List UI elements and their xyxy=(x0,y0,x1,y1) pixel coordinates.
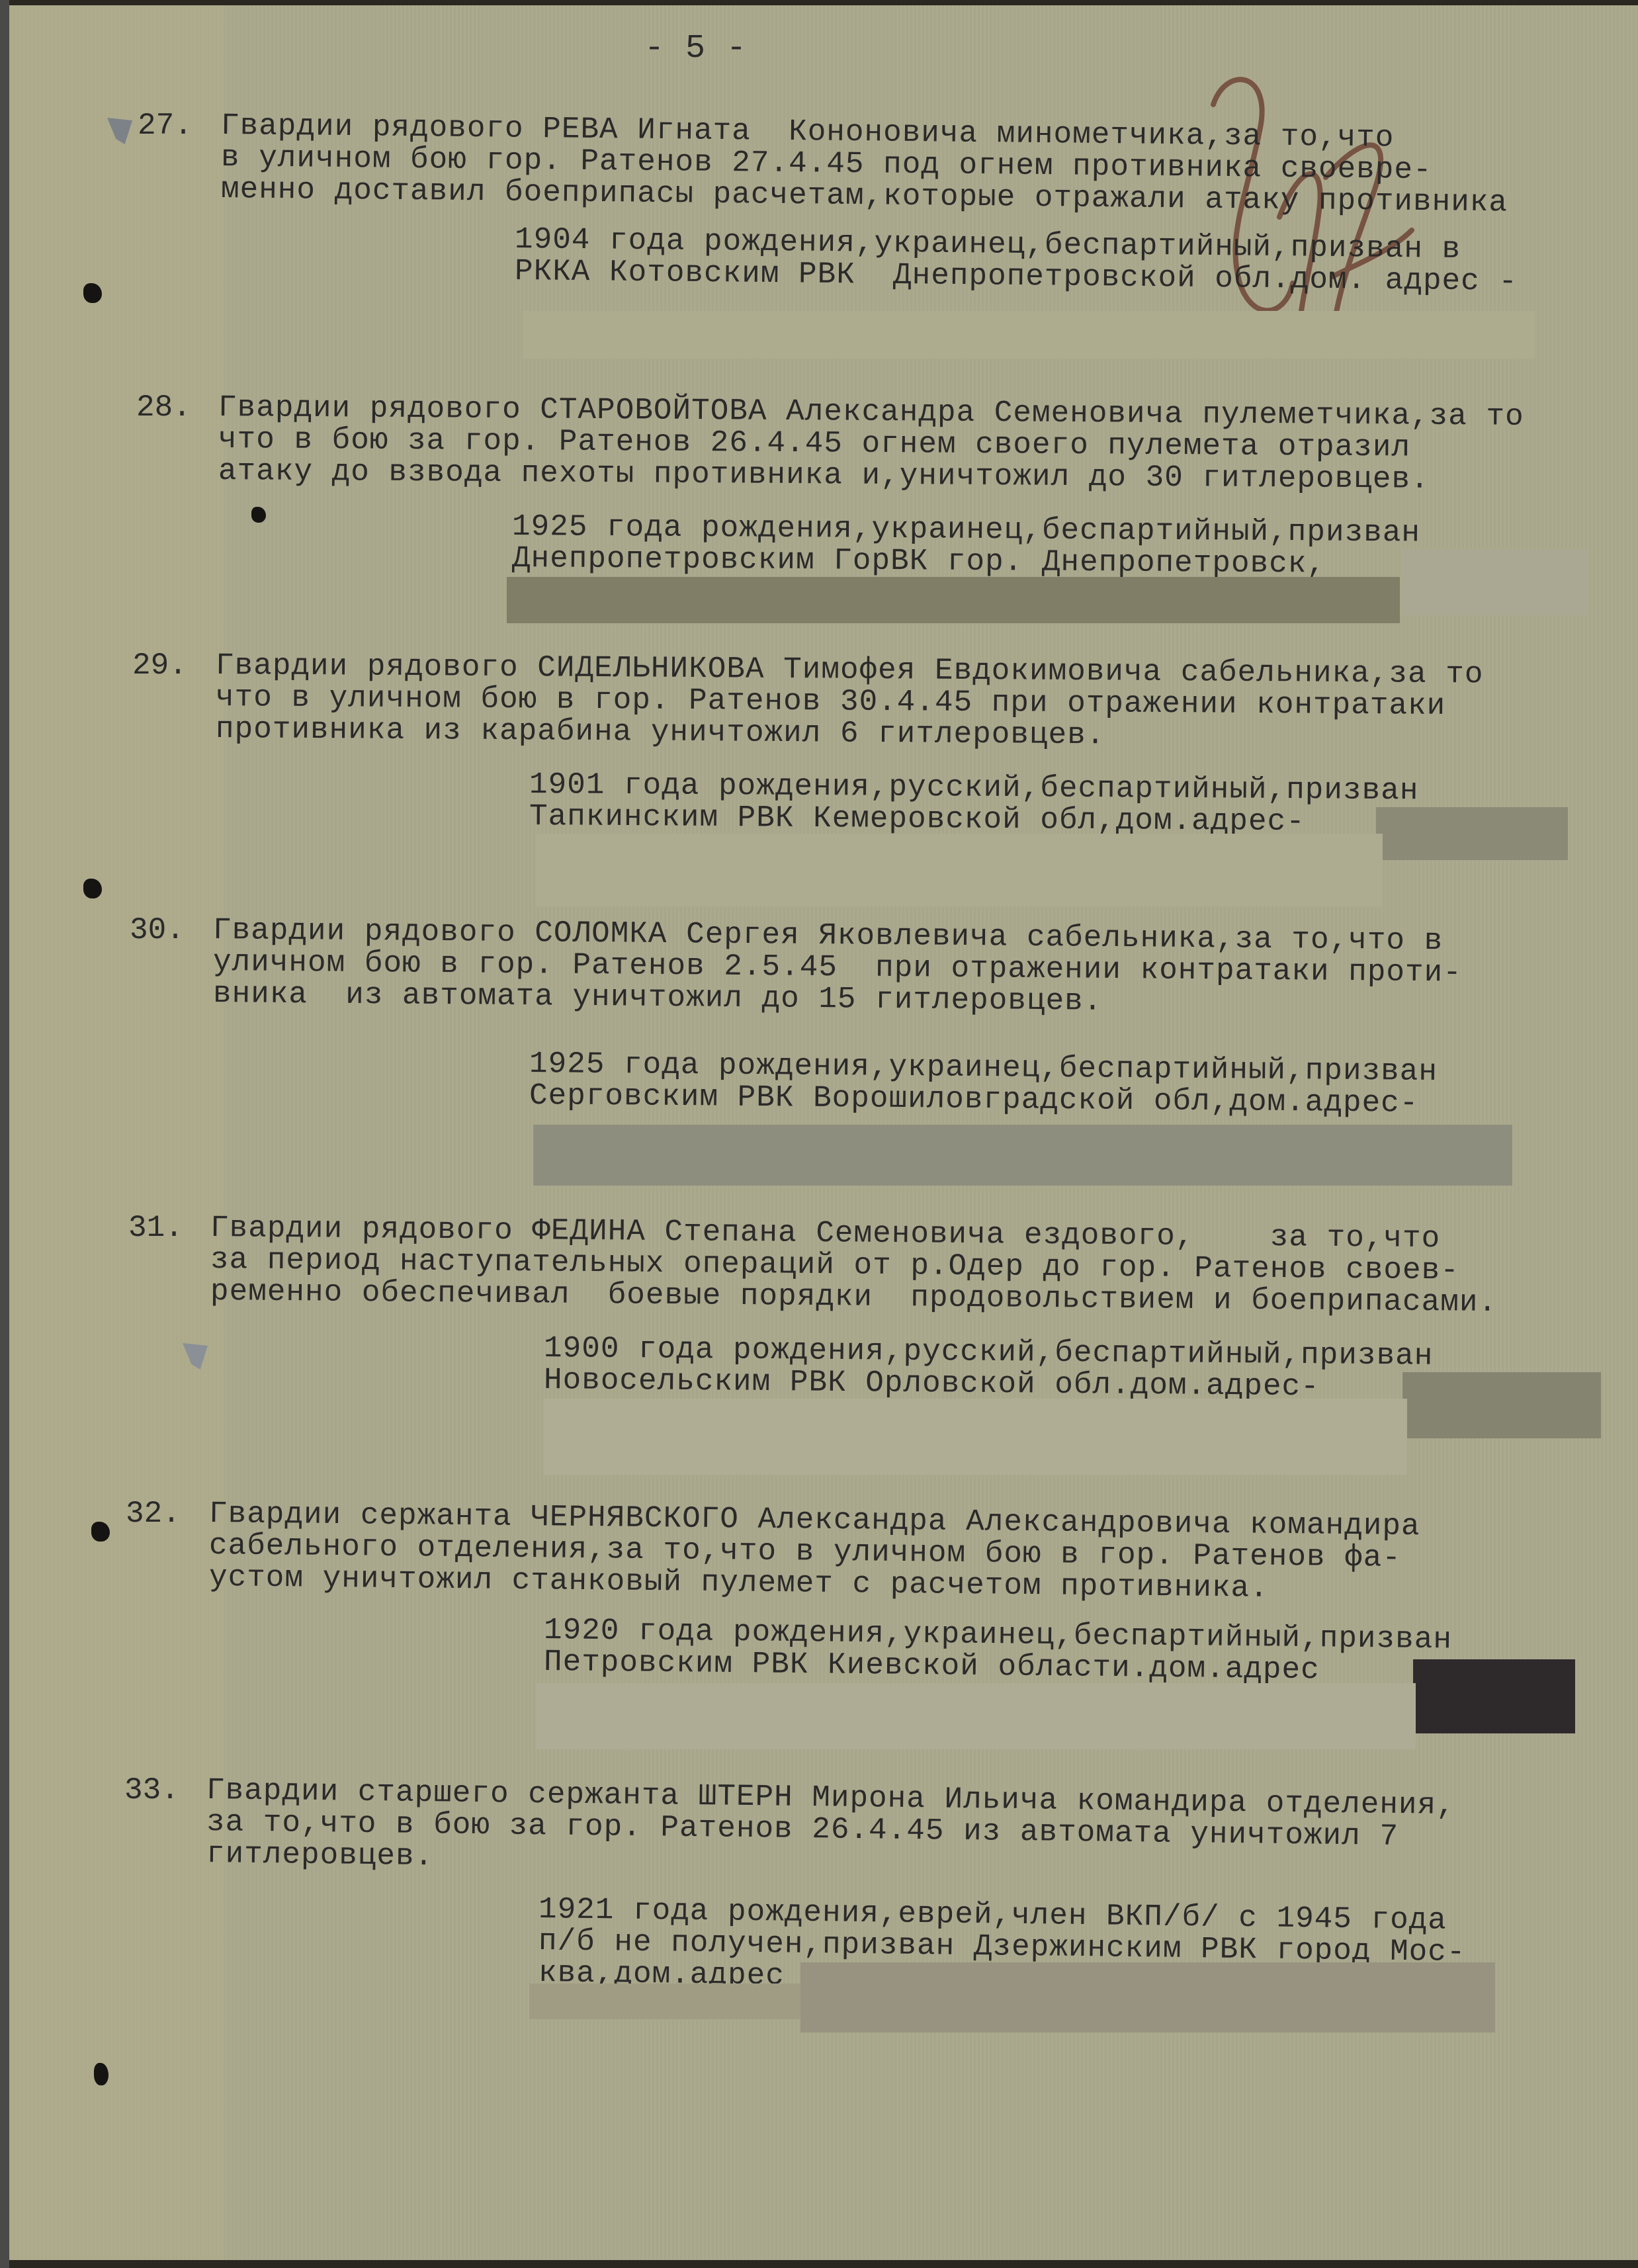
entry-number: 29. xyxy=(132,648,187,683)
entry-number: 33. xyxy=(124,1773,179,1808)
entry-number: 30. xyxy=(130,913,185,947)
redaction-block xyxy=(523,311,1535,359)
biography-line: Новосельским РВК Орловской обл.дом.адрес… xyxy=(544,1363,1320,1404)
punch-hole xyxy=(251,507,266,523)
tear-mark xyxy=(107,118,132,144)
redaction-block xyxy=(1402,549,1588,615)
tear-mark xyxy=(183,1343,208,1370)
document-page: - 5 - 27.Гвардии рядового РЕВА Игната Ко… xyxy=(9,5,1638,2260)
biography-line: Петровским РВК Киевской области.дом.адре… xyxy=(544,1645,1320,1687)
citation-line: противника из карабина уничтожил 6 гитле… xyxy=(216,712,1105,752)
entry-number: 28. xyxy=(136,390,191,425)
redaction-block xyxy=(800,1962,1495,2032)
redaction-block xyxy=(533,1125,1512,1186)
redaction-block xyxy=(507,577,1400,623)
punch-hole xyxy=(94,2063,108,2085)
redaction-block xyxy=(536,834,1383,906)
punch-hole xyxy=(91,1522,110,1542)
redaction-block xyxy=(1413,1659,1575,1733)
entry-number: 27. xyxy=(138,109,193,143)
biography-line: Серговским РВК Ворошиловградской обл,дом… xyxy=(529,1078,1419,1121)
citation-line: гитлеровцев. xyxy=(206,1837,434,1874)
redaction-block xyxy=(536,1683,1416,1749)
redaction-block xyxy=(1402,1372,1601,1438)
entry-number: 32. xyxy=(126,1497,181,1531)
page-number: - 5 - xyxy=(644,32,747,66)
punch-hole xyxy=(83,879,102,898)
redaction-block xyxy=(1376,807,1568,860)
redaction-block xyxy=(529,1984,800,2019)
binding-edge xyxy=(0,0,9,2268)
punch-hole xyxy=(83,283,102,303)
biography-line: Днепропетровским ГорВК гор. Днепропетров… xyxy=(512,541,1326,582)
citation-line: вника из автомата уничтожил до 15 гитлер… xyxy=(213,977,1103,1019)
redaction-block xyxy=(544,1399,1407,1475)
entry-number: 31. xyxy=(128,1211,183,1245)
